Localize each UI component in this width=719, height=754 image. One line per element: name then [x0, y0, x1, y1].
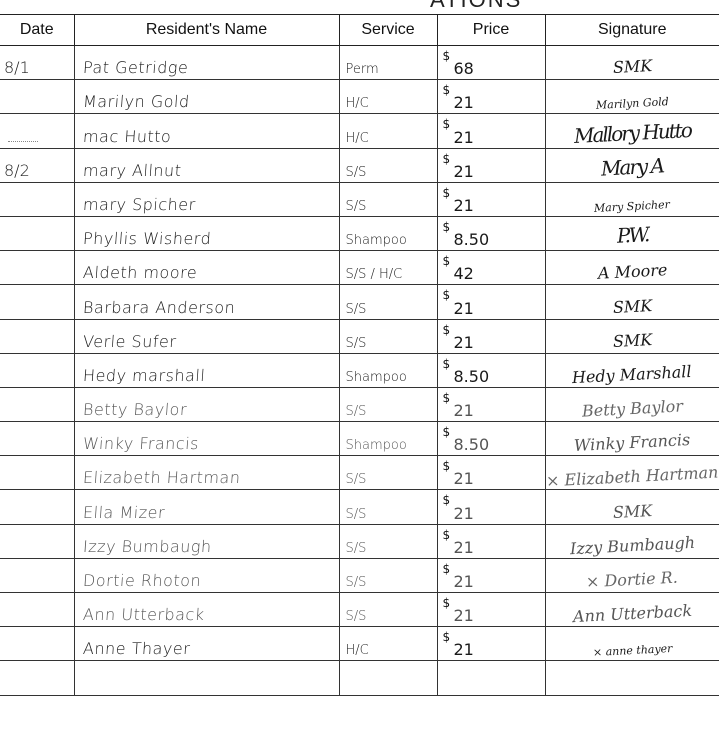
dotted-line [8, 141, 38, 142]
page-heading-partial: ATIONS [430, 0, 522, 7]
date-value [0, 653, 4, 655]
resident-name-cell: Anne Thayer [74, 627, 339, 661]
service-value: Shampoo [340, 233, 407, 250]
dollar-sign-icon: $ [443, 357, 451, 371]
signature: Ann Utterback [572, 601, 692, 629]
dollar-sign-icon: $ [443, 493, 451, 507]
date-cell [0, 251, 74, 285]
resident-name-cell: Dortie Rhoton [74, 558, 339, 592]
service-value: H/C [340, 131, 369, 148]
signature: Izzy Bumbaugh [569, 533, 695, 562]
date-value [0, 517, 4, 519]
service-value: H/C [340, 96, 369, 113]
price-cell: $21 [437, 319, 545, 353]
service-cell: H/C [339, 114, 437, 148]
resident-name: mary Allnut [74, 161, 182, 182]
signature: Marilyn Gold [595, 95, 669, 115]
resident-name: Izzy Bumbaugh [74, 537, 212, 558]
date-cell [0, 422, 74, 456]
resident-name: Ella Mizer [74, 503, 165, 524]
signature-cell: Izzy Bumbaugh [545, 524, 719, 558]
price-cell: $42 [437, 251, 545, 285]
signature: Mallory Hutto [573, 118, 691, 151]
service-value: S/S [340, 541, 367, 558]
date-value [0, 141, 4, 143]
date-value [0, 312, 4, 314]
dollar-sign-icon: $ [443, 562, 451, 576]
date-value [0, 106, 4, 108]
service-cell: Shampoo [339, 422, 437, 456]
dollar-sign-icon: $ [443, 254, 451, 268]
table-row: Phyllis WisherdShampoo$8.50P.W. [0, 216, 719, 250]
service-cell: S/S [339, 285, 437, 319]
date-value [0, 551, 4, 553]
resident-name: Verle Sufer [74, 332, 177, 353]
date-cell [0, 627, 74, 661]
dollar-sign-icon: $ [443, 49, 451, 63]
dollar-sign-icon: $ [443, 630, 451, 644]
service-value: S/S [340, 165, 367, 182]
signature-cell: P.W. [545, 216, 719, 250]
table-body: 8/1Pat GetridgePerm$68SMKMarilyn GoldH/C… [0, 46, 719, 696]
signature: SMK [612, 501, 652, 525]
price-cell: $21 [437, 387, 545, 421]
resident-name: mac Hutto [74, 127, 172, 148]
column-header-name: Resident's Name [74, 15, 339, 46]
empty-cell [437, 661, 545, 695]
date-value [0, 380, 4, 382]
dollar-sign-icon: $ [443, 288, 451, 302]
date-value [0, 209, 4, 211]
service-cell: H/C [339, 627, 437, 661]
dollar-sign-icon: $ [443, 528, 451, 542]
date-cell [0, 490, 74, 524]
table-row: Elizabeth HartmanS/S$21× Elizabeth Hartm… [0, 456, 719, 490]
dollar-sign-icon: $ [443, 425, 451, 439]
service-value: S/S [340, 199, 367, 216]
signature-cell: Winky Francis [545, 422, 719, 456]
date-cell [0, 353, 74, 387]
date-cell [0, 319, 74, 353]
service-cell: Shampoo [339, 216, 437, 250]
dollar-sign-icon: $ [443, 220, 451, 234]
date-value [0, 619, 4, 621]
salon-service-log: Date Resident's Name Service Price Signa… [0, 14, 719, 696]
signature: Hedy Marshall [572, 362, 693, 390]
date-cell [0, 456, 74, 490]
signature: Betty Baylor [581, 396, 683, 423]
price-cell: $21 [437, 182, 545, 216]
service-value: S/S [340, 472, 367, 489]
service-log-table: Date Resident's Name Service Price Signa… [0, 14, 719, 696]
table-row: Verle SuferS/S$21SMK [0, 319, 719, 353]
price-cell: $21 [437, 148, 545, 182]
service-value: S/S [340, 609, 367, 626]
service-cell: S/S [339, 524, 437, 558]
date-cell [0, 182, 74, 216]
date-value [0, 482, 4, 484]
signature-cell: SMK [545, 319, 719, 353]
table-row: mary SpicherS/S$21Mary Spicher [0, 182, 719, 216]
resident-name-cell: Winky Francis [74, 422, 339, 456]
resident-name-cell: mary Allnut [74, 148, 339, 182]
date-cell: 8/2 [0, 148, 74, 182]
resident-name: Phyllis Wisherd [74, 229, 212, 250]
service-cell: H/C [339, 80, 437, 114]
service-value: Perm [340, 62, 379, 79]
signature: P.W. [616, 222, 649, 251]
dollar-sign-icon: $ [443, 83, 451, 97]
signature-cell: Mary A [545, 148, 719, 182]
service-cell: S/S [339, 558, 437, 592]
price-cell: $21 [437, 627, 545, 661]
resident-name: Anne Thayer [74, 639, 191, 660]
price-cell: $21 [437, 490, 545, 524]
empty-cell [0, 661, 74, 695]
date-cell [0, 114, 74, 148]
resident-name: Betty Baylor [74, 400, 187, 421]
resident-name-cell: Ann Utterback [74, 593, 339, 627]
resident-name-cell: Izzy Bumbaugh [74, 524, 339, 558]
table-row: 8/2mary AllnutS/S$21Mary A [0, 148, 719, 182]
date-cell [0, 216, 74, 250]
dollar-sign-icon: $ [443, 391, 451, 405]
service-value: S/S [340, 302, 367, 319]
resident-name-cell: Aldeth moore [74, 251, 339, 285]
date-value: 8/1 [0, 58, 30, 79]
empty-cell [339, 661, 437, 695]
date-value: 8/2 [0, 161, 30, 182]
service-value: S/S [340, 575, 367, 592]
service-cell: S/S [339, 148, 437, 182]
table-row: Hedy marshallShampoo$8.50Hedy Marshall [0, 353, 719, 387]
empty-cell [74, 661, 339, 695]
service-value: H/C [340, 643, 369, 660]
signature: × Dortie R. [586, 568, 679, 595]
service-value: Shampoo [340, 438, 407, 455]
table-row: Izzy BumbaughS/S$21Izzy Bumbaugh [0, 524, 719, 558]
signature-cell: SMK [545, 46, 719, 80]
date-value [0, 277, 4, 279]
resident-name-cell: mac Hutto [74, 114, 339, 148]
date-value [0, 585, 4, 587]
dollar-sign-icon: $ [443, 152, 451, 166]
date-cell [0, 80, 74, 114]
resident-name-cell: Barbara Anderson [74, 285, 339, 319]
service-cell: S/S / H/C [339, 251, 437, 285]
column-header-signature: Signature [545, 15, 719, 46]
signature-cell: Marilyn Gold [545, 80, 719, 114]
price-cell: $8.50 [437, 353, 545, 387]
service-cell: S/S [339, 456, 437, 490]
column-header-service: Service [339, 15, 437, 46]
dollar-sign-icon: $ [443, 459, 451, 473]
service-cell: S/S [339, 593, 437, 627]
table-row-partial [0, 661, 719, 695]
price-cell: $21 [437, 114, 545, 148]
dollar-sign-icon: $ [443, 323, 451, 337]
price-cell: $21 [437, 524, 545, 558]
resident-name-cell: Elizabeth Hartman [74, 456, 339, 490]
table-row: Winky FrancisShampoo$8.50Winky Francis [0, 422, 719, 456]
date-value [0, 243, 4, 245]
resident-name-cell: Verle Sufer [74, 319, 339, 353]
signature-cell: SMK [545, 285, 719, 319]
signature: × anne thayer [592, 642, 672, 662]
table-row: Barbara AndersonS/S$21SMK [0, 285, 719, 319]
signature-cell: × Elizabeth Hartman [545, 456, 719, 490]
resident-name-cell: Marilyn Gold [74, 80, 339, 114]
service-cell: S/S [339, 319, 437, 353]
dollar-sign-icon: $ [443, 117, 451, 131]
table-row: Aldeth mooreS/S / H/C$42A Moore [0, 251, 719, 285]
date-value [0, 414, 4, 416]
resident-name: Pat Getridge [74, 58, 189, 79]
date-cell [0, 524, 74, 558]
signature-cell: Hedy Marshall [545, 353, 719, 387]
resident-name-cell: mary Spicher [74, 182, 339, 216]
date-cell: 8/1 [0, 46, 74, 80]
signature-cell: × anne thayer [545, 627, 719, 661]
service-value: S/S [340, 336, 367, 353]
service-value: S/S / H/C [340, 267, 403, 284]
signature: SMK [612, 56, 652, 80]
service-value: Shampoo [340, 370, 407, 387]
signature-cell: Ann Utterback [545, 593, 719, 627]
empty-cell [545, 661, 719, 695]
price-cell: $21 [437, 80, 545, 114]
dollar-sign-icon: $ [443, 186, 451, 200]
table-row: 8/1Pat GetridgePerm$68SMK [0, 46, 719, 80]
date-cell [0, 593, 74, 627]
resident-name: Aldeth moore [74, 263, 198, 284]
column-header-price: Price [437, 15, 545, 46]
signature: Winky Francis [574, 430, 691, 458]
column-header-date: Date [0, 15, 74, 46]
signature: A Moore [597, 261, 667, 287]
signature: SMK [612, 330, 652, 354]
service-cell: Shampoo [339, 353, 437, 387]
price-cell: $8.50 [437, 422, 545, 456]
date-cell [0, 558, 74, 592]
price-cell: $21 [437, 593, 545, 627]
date-cell [0, 285, 74, 319]
price-cell: $68 [437, 46, 545, 80]
signature: Mary Spicher [594, 198, 671, 218]
date-cell [0, 387, 74, 421]
resident-name-cell: Betty Baylor [74, 387, 339, 421]
date-value [0, 346, 4, 348]
signature-cell: SMK [545, 490, 719, 524]
price-cell: $21 [437, 456, 545, 490]
resident-name-cell: Phyllis Wisherd [74, 216, 339, 250]
service-cell: S/S [339, 490, 437, 524]
table-row: Dortie RhotonS/S$21× Dortie R. [0, 558, 719, 592]
price-cell: $21 [437, 285, 545, 319]
resident-name: Hedy marshall [74, 366, 206, 387]
resident-name: Marilyn Gold [74, 92, 190, 113]
date-value [0, 448, 4, 450]
header-row: Date Resident's Name Service Price Signa… [0, 15, 719, 46]
dollar-sign-icon: $ [443, 596, 451, 610]
service-value: S/S [340, 507, 367, 524]
signature-cell: Mary Spicher [545, 182, 719, 216]
table-row: Anne ThayerH/C$21× anne thayer [0, 627, 719, 661]
resident-name: Ann Utterback [74, 605, 205, 626]
resident-name: Elizabeth Hartman [74, 468, 241, 489]
signature-cell: Betty Baylor [545, 387, 719, 421]
table-row: mac HuttoH/C$21Mallory Hutto [0, 114, 719, 148]
signature-cell: × Dortie R. [545, 558, 719, 592]
resident-name-cell: Ella Mizer [74, 490, 339, 524]
table-row: Betty BaylorS/S$21Betty Baylor [0, 387, 719, 421]
resident-name: Dortie Rhoton [74, 571, 202, 592]
price-cell: $21 [437, 558, 545, 592]
table-row: Marilyn GoldH/C$21Marilyn Gold [0, 80, 719, 114]
resident-name: Winky Francis [74, 434, 199, 455]
resident-name-cell: Hedy marshall [74, 353, 339, 387]
signature: SMK [612, 295, 652, 319]
signature: Mary A [601, 153, 664, 183]
service-value: S/S [340, 404, 367, 421]
signature-cell: Mallory Hutto [545, 114, 719, 148]
service-cell: S/S [339, 182, 437, 216]
resident-name: mary Spicher [74, 195, 196, 216]
signature-cell: A Moore [545, 251, 719, 285]
table-row: Ann UtterbackS/S$21Ann Utterback [0, 593, 719, 627]
price-cell: $8.50 [437, 216, 545, 250]
resident-name: Barbara Anderson [74, 298, 236, 319]
service-cell: S/S [339, 387, 437, 421]
resident-name-cell: Pat Getridge [74, 46, 339, 80]
table-row: Ella MizerS/S$21SMK [0, 490, 719, 524]
service-cell: Perm [339, 46, 437, 80]
